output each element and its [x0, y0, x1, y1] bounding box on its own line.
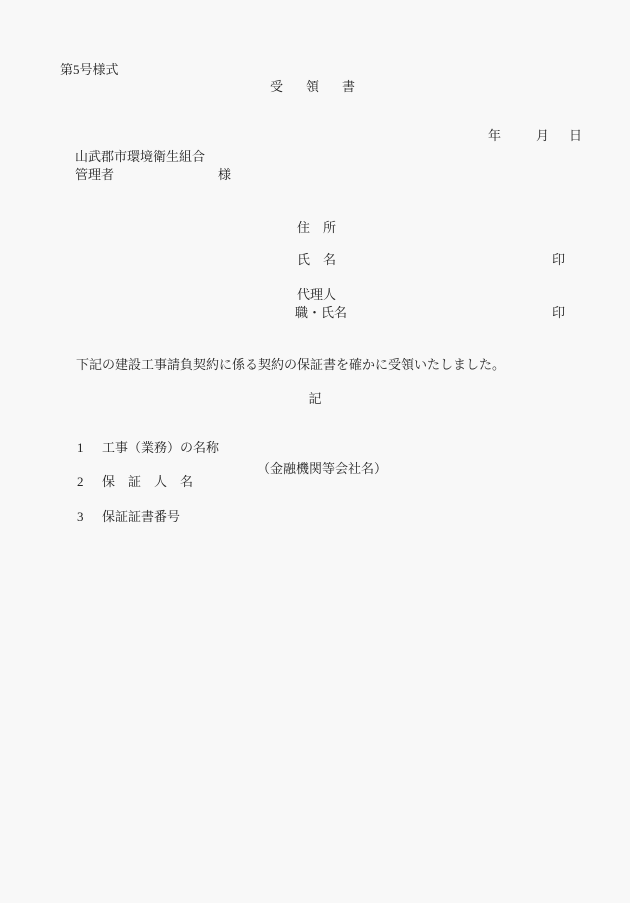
sender-name-label: 氏 名: [297, 253, 336, 266]
date-line: 年月日: [475, 116, 582, 155]
body-text: 下記の建設工事請負契約に係る契約の保証書を確かに受領いたしました。: [62, 358, 582, 371]
recipient-role: 管理者: [75, 168, 114, 181]
recipient-honorific: 様: [218, 168, 231, 181]
agent-label: 代理人: [297, 288, 336, 301]
name-seal-mark: 印: [552, 253, 565, 266]
agent-title-name-line: 職・氏名 印: [0, 306, 630, 358]
agent-seal-mark: 印: [552, 306, 565, 319]
day-label: 日: [569, 128, 582, 143]
list-item-certificate-number: 3保証証書番号: [64, 497, 180, 549]
item-label: 保証証書番号: [102, 509, 180, 524]
document-title: 受 領 書: [0, 80, 630, 93]
month-label: 月: [536, 128, 549, 143]
item-label: 保 証 人 名: [102, 474, 193, 489]
agent-title-name-label: 職・氏名: [295, 306, 347, 319]
recipient-role-line: 管理者 様: [0, 168, 630, 220]
recipient-organization: 山武郡市環境衛生組合: [75, 150, 205, 163]
item-number: 3: [77, 510, 102, 523]
item-number: 2: [77, 475, 102, 488]
sender-address-label: 住 所: [297, 221, 336, 234]
item-label: 工事（業務）の名称: [102, 440, 219, 455]
receipt-form-page: 第5号様式 受 領 書 年月日 山武郡市環境衛生組合 管理者 様 住 所 氏 名…: [0, 0, 630, 903]
item-number: 1: [77, 441, 102, 454]
item-note: （金融機関等会社名）: [257, 462, 387, 475]
form-number: 第5号様式: [60, 63, 119, 76]
year-label: 年: [488, 128, 501, 143]
ki-heading: 記: [0, 392, 630, 405]
